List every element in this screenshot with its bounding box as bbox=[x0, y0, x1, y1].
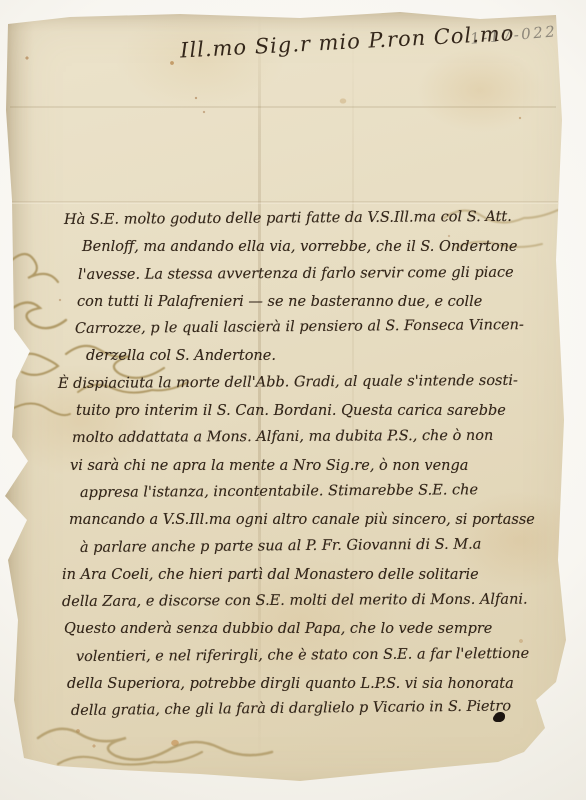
letter-line: molto addattata a Mons. Alfani, ma dubit… bbox=[72, 428, 550, 458]
letter-line: È dispiaciuta la morte dell'Abb. Gradi, … bbox=[58, 372, 550, 403]
letter-line: l'avesse. La stessa avvertenza di farlo … bbox=[78, 264, 550, 294]
letter-line: Benloff, ma andando ella via, vorrebbe, … bbox=[82, 239, 550, 266]
letter-body: Hà S.E. molto goduto delle parti fatte d… bbox=[64, 212, 550, 731]
letter-line: à parlare anche p parte sua al P. Fr. Gi… bbox=[80, 535, 550, 566]
manuscript-paper: 1-17-022 Ill.mo Sig.r mio P.ron Col.mo H… bbox=[0, 0, 586, 800]
letter-line: Questo anderà senza dubbio dal Papa, che… bbox=[64, 621, 550, 648]
letter-line: della Zara, e discorse con S.E. molti de… bbox=[62, 592, 550, 622]
letter-line: volentieri, e nel riferirgli, che è stat… bbox=[76, 645, 550, 676]
letter-line: tuito pro interim il S. Can. Bordani. Qu… bbox=[76, 403, 550, 430]
salutation-line: Ill.mo Sig.r mio P.ron Col.mo bbox=[180, 25, 431, 62]
letter-line: mancando a V.S.Ill.ma ogni altro canale … bbox=[69, 512, 550, 539]
letter-line: della gratia, che gli la farà di darglie… bbox=[71, 698, 550, 730]
letter-line: derzella col S. Andertone. bbox=[86, 348, 550, 375]
horizontal-fold-crease bbox=[10, 106, 556, 108]
letter-line: vi sarà chi ne apra la mente a Nro Sig.r… bbox=[70, 458, 550, 485]
letter-line: Hà S.E. molto goduto delle parti fatte d… bbox=[64, 209, 550, 240]
letter-line: appresa l'istanza, incontentabile. Stima… bbox=[80, 482, 550, 513]
letter-line: in Ara Coeli, che hieri partì dal Monast… bbox=[62, 567, 550, 594]
scan-background: 1-17-022 Ill.mo Sig.r mio P.ron Col.mo H… bbox=[0, 0, 586, 800]
letter-line: Carrozze, p le quali lascierà il pensier… bbox=[75, 317, 550, 348]
